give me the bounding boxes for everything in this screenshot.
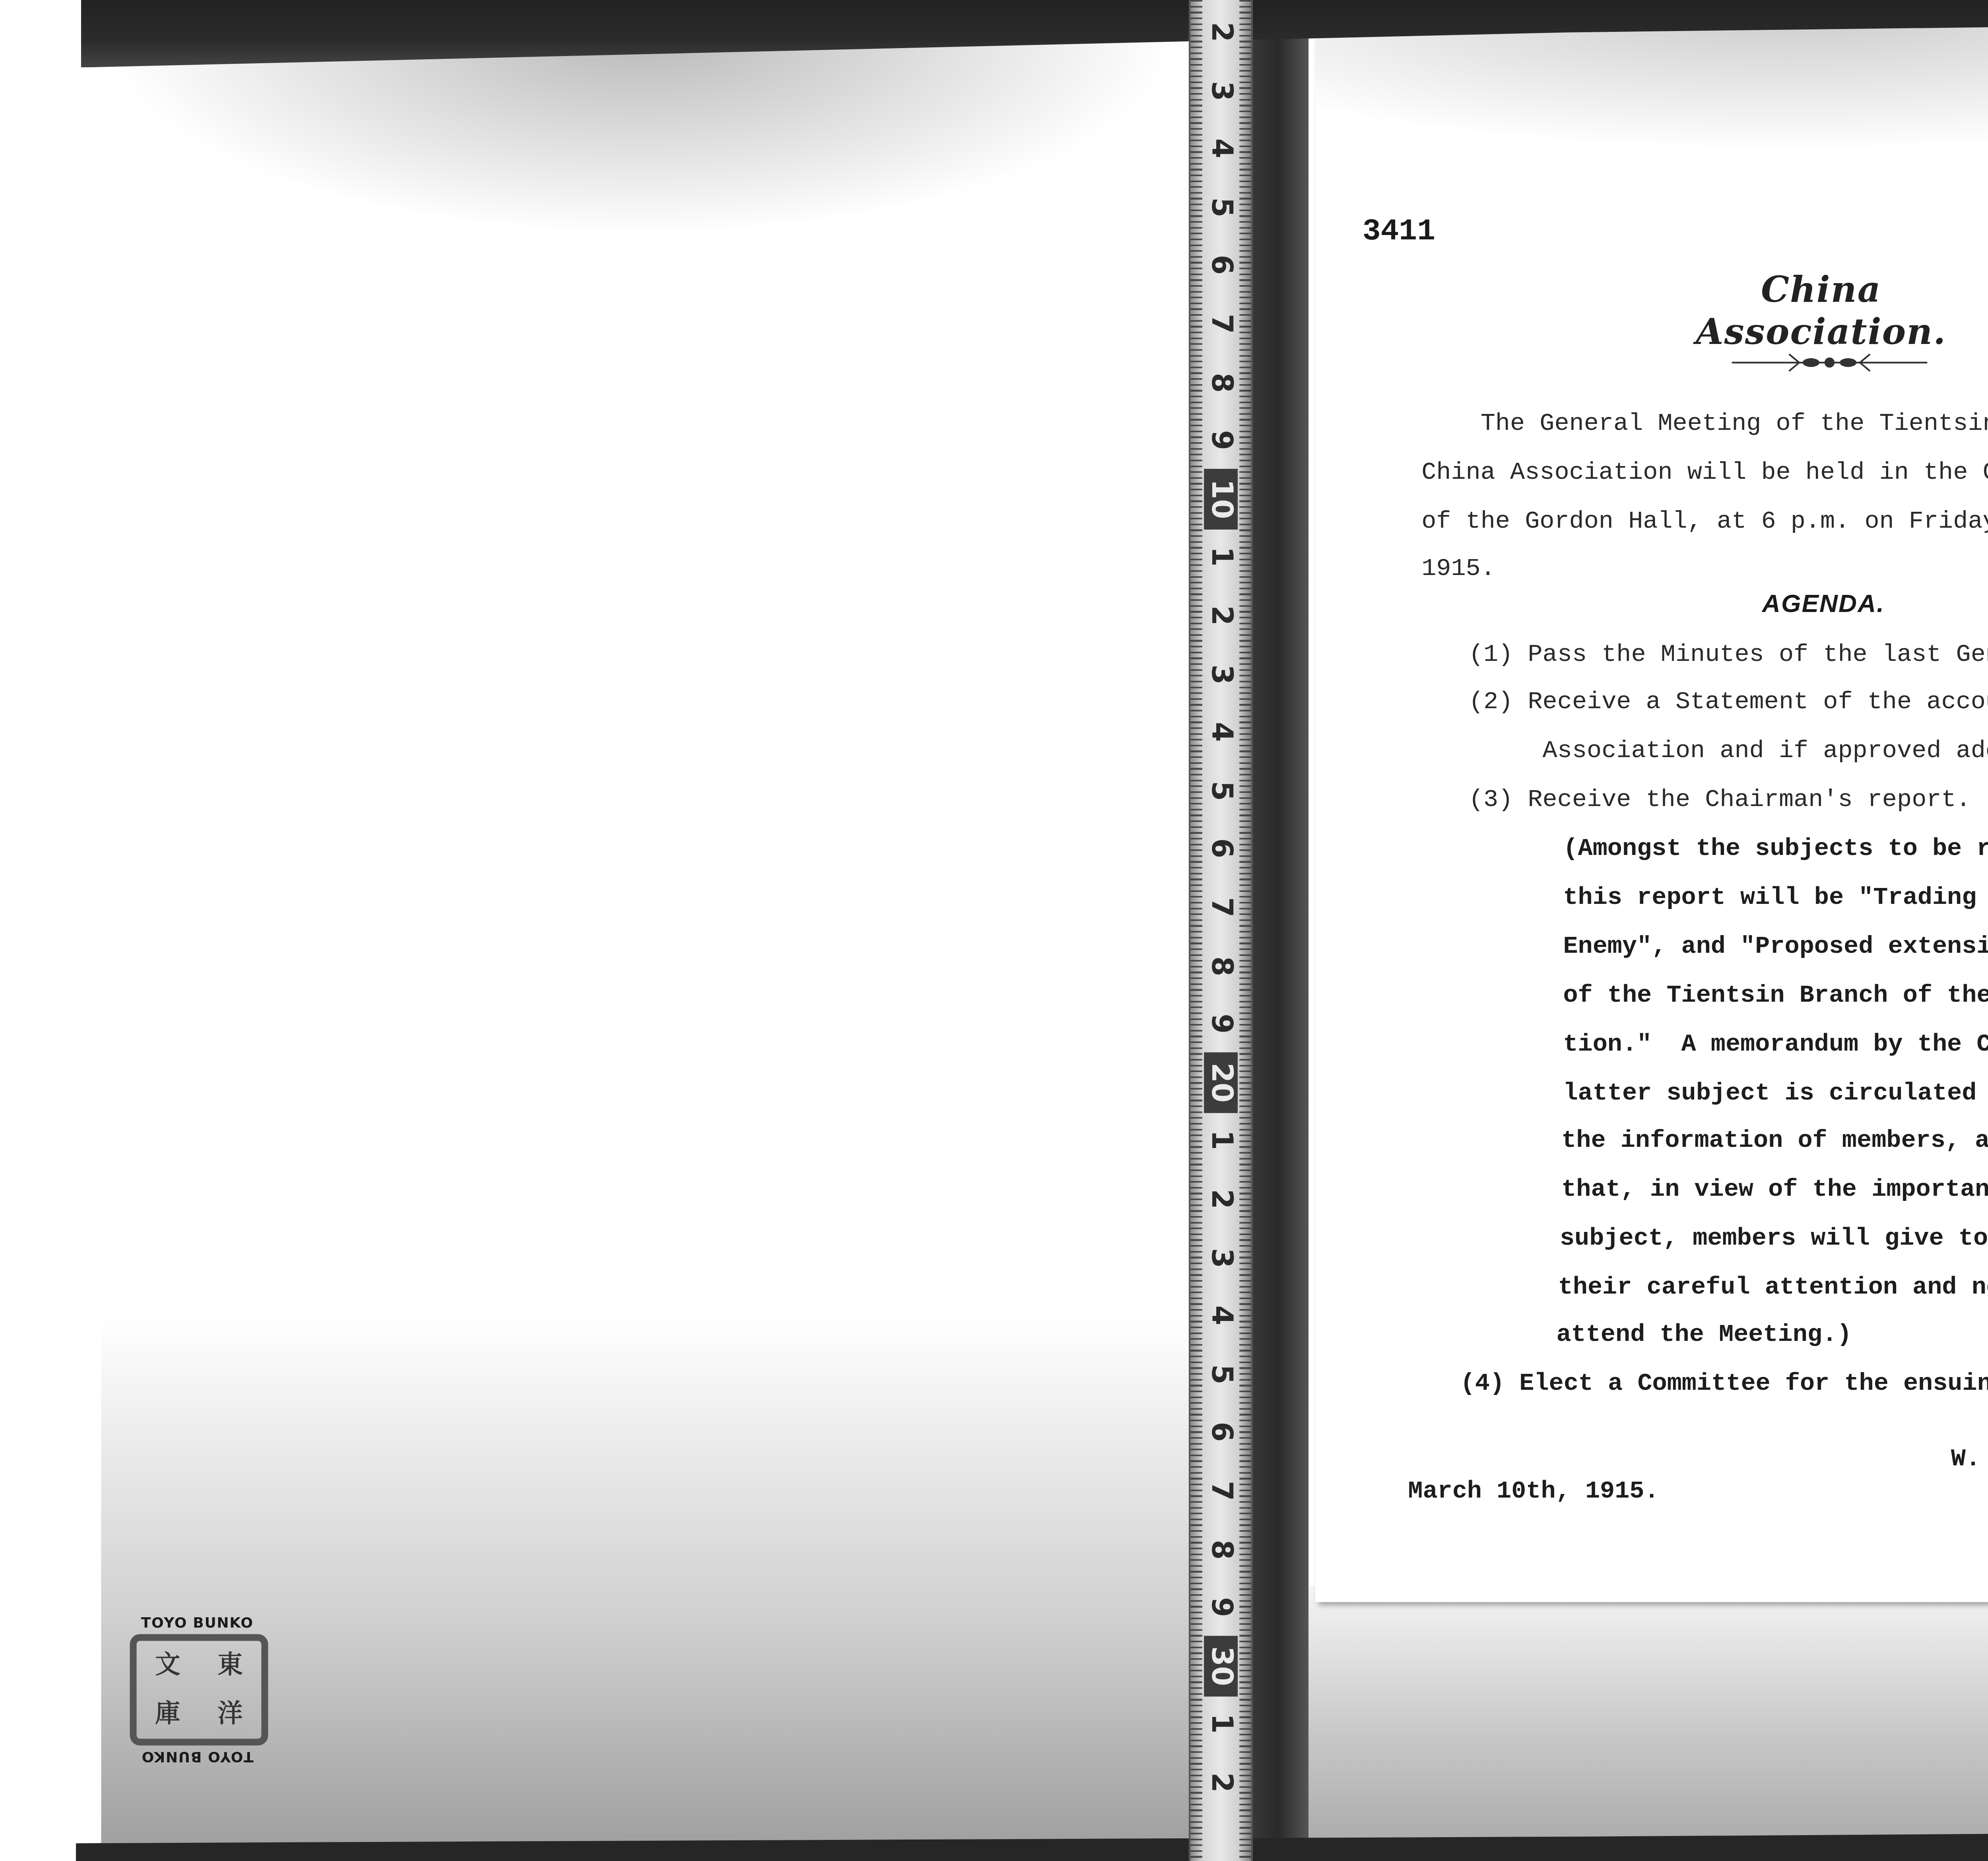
chairman-note-line: attend the Meeting.) [1556,1321,1852,1351]
agenda-item-2: (2) Receive a Statement of the accounts … [1469,688,1988,718]
chairman-note-line: (Amongst the subjects to be referred to … [1563,835,1988,865]
ruler-label: 1 [1204,1694,1238,1755]
ruler-label: 3 [1204,643,1238,704]
intro-line: 1915. [1421,555,1495,585]
ruler-label: 4 [1204,702,1238,763]
ruler-label: 7 [1204,877,1238,938]
scanned-spread: 2345678910123456789201234567893012 TOYO … [0,0,1988,1861]
ruler-label: 1 [1204,1110,1238,1171]
ruler-label: 2 [1204,1169,1238,1230]
ruler-label: 30 [1204,1636,1238,1696]
ruler-label: 8 [1204,935,1238,996]
agenda-item-1: (1) Pass the Minutes of the last General… [1469,641,1988,671]
seal-glyph: 東 [217,1653,243,1678]
ruler-label: 9 [1204,994,1238,1055]
book-gutter [1248,0,1309,1861]
stamp-label-top: TOYO BUNKO [130,1616,265,1632]
document-number: 3411 [1363,216,1435,250]
signature-name: W. ROBERTSON, [1951,1445,1988,1476]
chairman-note-line: latter subject is circulated herewith fo… [1563,1079,1988,1109]
ruler-label: 9 [1204,1577,1238,1638]
ruler-label: 4 [1204,118,1238,179]
ruler-label: 2 [1204,585,1238,646]
chairman-note-line: tion." A memorandum by the Chairman on t… [1563,1030,1988,1061]
left-page-bottom-shadow [101,1315,1197,1855]
ruler-label: 9 [1204,410,1238,471]
agenda-item-2-continued: Association and if approved adopt same. [1469,737,1988,767]
ruler-label: 5 [1204,177,1238,237]
ruler-label: 7 [1204,293,1238,354]
ruler-label: 6 [1204,235,1238,296]
chairman-note-line: Enemy", and "Proposed extension of the s… [1563,932,1988,963]
ruler-label: 4 [1204,1285,1238,1346]
chairman-note-line: this report will be "Trading with the [1563,884,1988,914]
ruler-label: 6 [1204,819,1238,880]
ruler-label: 10 [1204,468,1238,529]
ruler-label: 5 [1204,1344,1238,1404]
chairman-note-line: subject, members will give to the enclos… [1560,1224,1988,1255]
seal-glyph: 文 [155,1653,181,1678]
document-title: China Association. [1652,268,1988,352]
agenda-item-3: (3) Receive the Chairman's report. [1469,786,1971,816]
left-page-top-shadow [101,34,1180,236]
ruler-label: 2 [1204,2,1238,62]
intro-line: The General Meeting of the Tientsin Bran… [1421,410,1988,440]
seal-glyph: 庫 [155,1702,181,1727]
agenda-item-4: (4) Elect a Committee for the ensuing ye… [1460,1370,1988,1400]
right-page-bottom-shadow [1309,1585,1988,1838]
seal-glyph: 洋 [217,1702,243,1727]
ornament-divider-icon [1732,351,1928,374]
measuring-ruler: 2345678910123456789201234567893012 [1189,0,1253,1861]
ruler-label: 8 [1204,352,1238,413]
chairman-note-line: of the Tientsin Branch of the China Asso… [1563,981,1988,1012]
ruler-label: 3 [1204,1227,1238,1288]
ruler-label: 2 [1204,1752,1238,1813]
ruler-label: 1 [1204,527,1238,588]
seal-icon: 東 洋 文 庫 [130,1634,268,1746]
ruler-label: 3 [1204,60,1238,121]
ruler-label: 6 [1204,1402,1238,1463]
ruler-label: 20 [1204,1052,1238,1113]
ruler-label: 7 [1204,1461,1238,1521]
toyo-bunko-stamp-bottom-left: TOYO BUNKO 東 洋 文 庫 TOYO BUNKO [130,1616,265,1764]
ruler-label: 5 [1204,760,1238,821]
intro-line: of the Gordon Hall, at 6 p.m. on Friday,… [1421,508,1988,538]
document-date: March 10th, 1915. [1408,1477,1659,1507]
chairman-note-line: that, in view of the importance of the [1561,1175,1988,1206]
chairman-note-line: the information of members, and it is ho… [1561,1127,1988,1157]
chairman-note-line: their careful attention and not fail to [1558,1273,1988,1303]
stamp-label-bottom: TOYO BUNKO [130,1747,265,1764]
ruler-label: 8 [1204,1519,1238,1579]
agenda-heading: AGENDA. [1762,590,1885,619]
intro-line: China Association will be held in the Co… [1421,459,1988,489]
